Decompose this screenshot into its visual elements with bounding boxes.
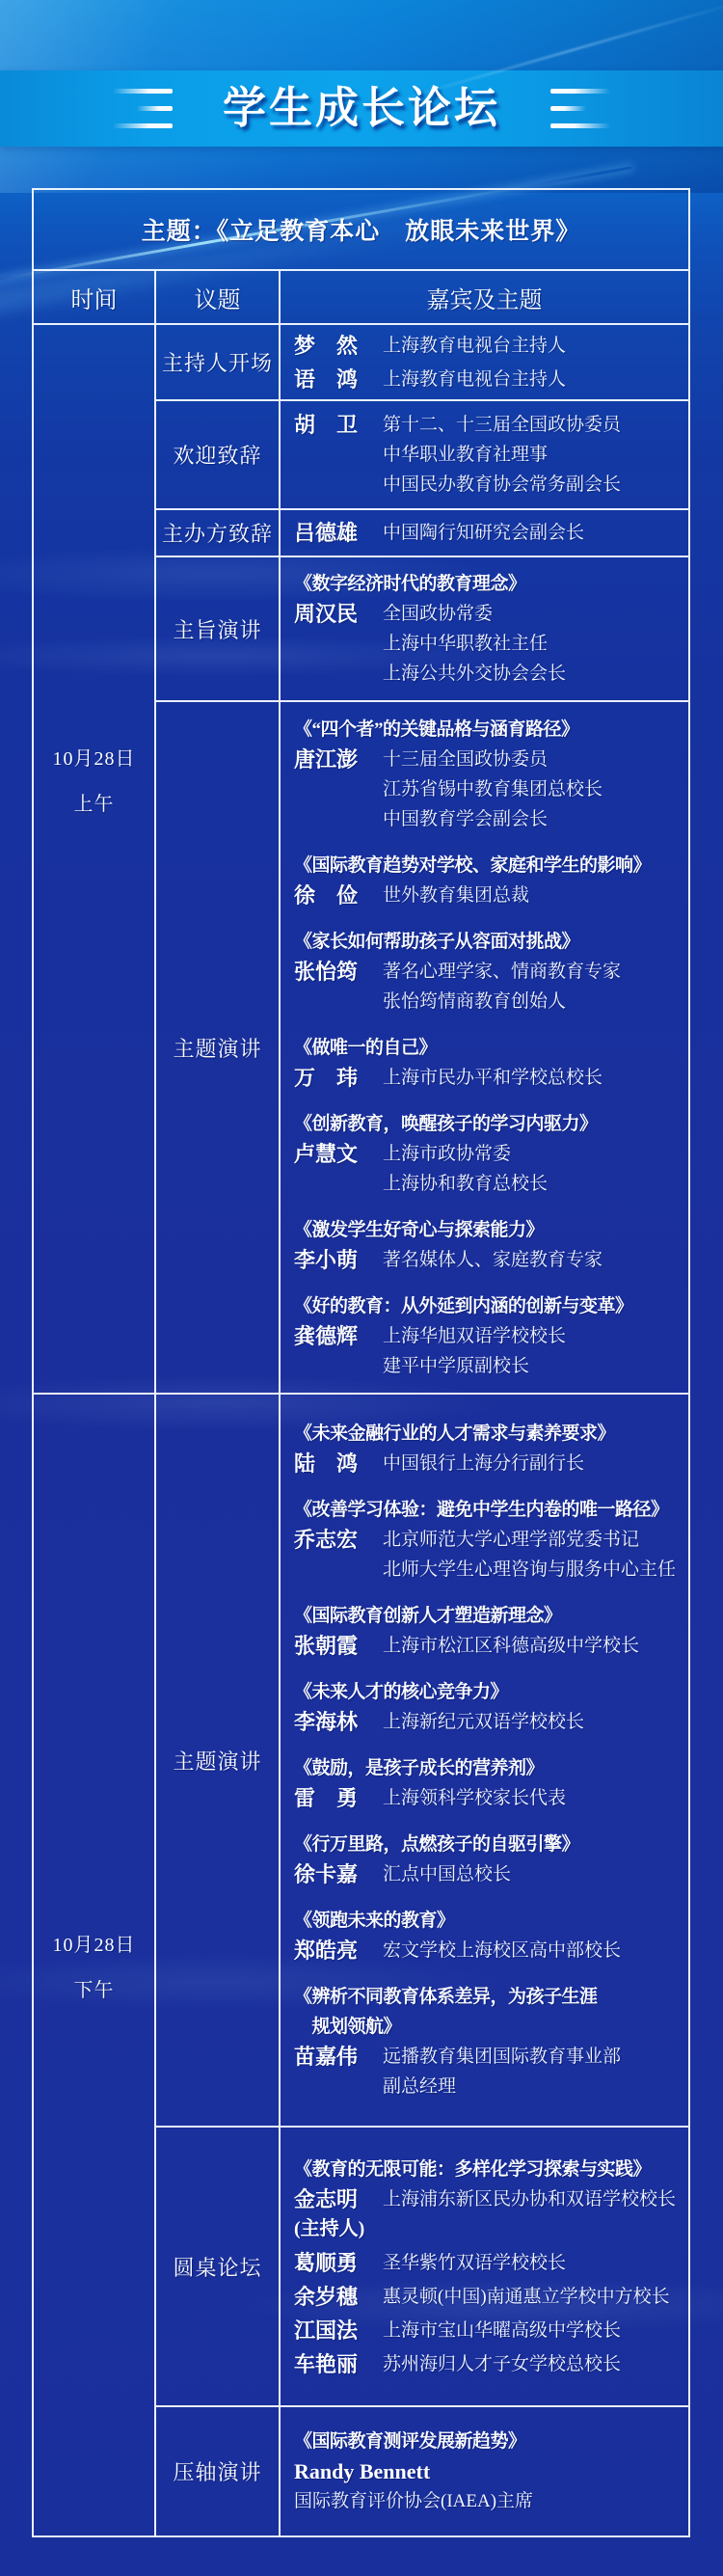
column-header-topic: 议题: [156, 271, 281, 323]
speech-entry: 吕德雄中国陶行知研究会副会长: [294, 518, 686, 548]
speech-entry: 《国际教育趋势对学校、家庭和学生的影响》徐 俭世外教育集团总裁: [294, 851, 686, 910]
session-date: 10月28日: [53, 743, 136, 771]
title-banner: 学生成长论坛: [0, 70, 723, 147]
guest-affiliation-line: 十三届全国政协委员: [383, 745, 686, 774]
guest-row: 李小萌著名媒体人、家庭教育专家: [294, 1245, 686, 1275]
guest-row: 金志明(主持人)上海浦东新区民办协和双语学校校长: [294, 2184, 686, 2244]
speech-title: 《未来金融行业的人才需求与素养要求》: [294, 1419, 686, 1449]
agenda-row: 欢迎致辞胡 卫第十二、十三届全国政协委员中华职业教育社理事中国民办教育协会常务副…: [156, 399, 688, 508]
topic-cell: 压轴演讲: [156, 2407, 281, 2535]
guest-affiliation-line: 北京师范大学心理学部党委书记: [383, 1525, 686, 1555]
agenda-row: 主题演讲《“四个者”的关键品格与涵育路径》唐江澎十三届全国政协委员江苏省锡中教育…: [156, 700, 688, 1393]
guest-cell: 胡 卫第十二、十三届全国政协委员中华职业教育社理事中国民办教育协会常务副会长: [281, 401, 688, 508]
guest-affiliations: 上海教育电视台主持人: [383, 365, 686, 394]
guest-row: 胡 卫第十二、十三届全国政协委员中华职业教育社理事中国民办教育协会常务副会长: [294, 410, 686, 500]
guest-row: 吕德雄中国陶行知研究会副会长: [294, 518, 686, 548]
agenda-row: 主题演讲《未来金融行业的人才需求与素养要求》陆 鸿中国银行上海分行副行长《改善学…: [156, 1395, 688, 2126]
guest-row: 卢慧文上海市政协常委上海协和教育总校长: [294, 1139, 686, 1199]
guest-name: 苗嘉伟: [294, 2042, 383, 2072]
session-period: 下午: [74, 1974, 115, 2002]
guest-row: 张朝霞上海市松江区科德高级中学校长: [294, 1631, 686, 1661]
session-afternoon: 10月28日下午主题演讲《未来金融行业的人才需求与素养要求》陆 鸿中国银行上海分…: [34, 1393, 688, 2535]
guest-affiliations: 十三届全国政协委员江苏省锡中教育集团总校长中国教育学会副会长: [383, 745, 686, 834]
guest-affiliations: 上海浦东新区民办协和双语学校校长: [383, 2184, 686, 2214]
session-period: 上午: [74, 788, 115, 816]
guest-affiliation-line: 上海教育电视台主持人: [383, 365, 686, 394]
guest-cell: 梦 然上海教育电视台主持人语 鸿上海教育电视台主持人: [281, 325, 688, 399]
guest-name: 陆 鸿: [294, 1449, 383, 1478]
guest-affiliations: 惠灵顿(中国)南通惠立学校中方校长: [383, 2282, 686, 2312]
agenda-row: 主持人开场梦 然上海教育电视台主持人语 鸿上海教育电视台主持人: [156, 325, 688, 399]
speech-entry: 《未来人才的核心竞争力》李海林上海新纪元双语学校校长: [294, 1677, 686, 1737]
guest-affiliations: 圣华紫竹双语学校校长: [383, 2248, 686, 2278]
guest-affiliation-line: 上海领科学校家长代表: [383, 1783, 686, 1813]
speech-entry: 《辨析不同教育体系差异，为孩子生涯 规划领航》苗嘉伟远播教育集团国际教育事业部副…: [294, 1982, 686, 2101]
column-header-time: 时间: [34, 271, 156, 323]
guest-affiliation-line: 远播教育集团国际教育事业部: [383, 2042, 686, 2072]
topic-cell: 圆桌论坛: [156, 2128, 281, 2405]
guest-row: 梦 然上海教育电视台主持人: [294, 331, 686, 361]
speech-title: 规划领航》: [294, 2012, 686, 2042]
speech-title: 《国际教育创新人才塑造新理念》: [294, 1601, 686, 1631]
guest-affiliations: 上海领科学校家长代表: [383, 1783, 686, 1813]
guest-affiliation-line: 中国陶行知研究会副会长: [383, 518, 686, 548]
guest-affiliation-line: 圣华紫竹双语学校校长: [383, 2248, 686, 2278]
speech-title: 《做唯一的自己》: [294, 1033, 686, 1063]
page-title: 学生成长论坛: [223, 87, 500, 130]
column-header-guests: 嘉宾及主题: [281, 271, 688, 323]
guest-name: 语 鸿: [294, 365, 383, 394]
guest-row: 苗嘉伟远播教育集团国际教育事业部副总经理: [294, 2042, 686, 2101]
speech-entry: 《领跑未来的教育》郑皓亮宏文学校上海校区高中部校长: [294, 1906, 686, 1966]
guest-affiliations: 上海教育电视台主持人: [383, 331, 686, 361]
guest-name: 梦 然: [294, 331, 383, 361]
guest-name: 卢慧文: [294, 1139, 383, 1169]
guest-affiliations: 著名媒体人、家庭教育专家: [383, 1245, 686, 1275]
guest-row: 江国法上海市宝山华曜高级中学校长: [294, 2316, 686, 2346]
guest-affiliations: 汇点中国总校长: [383, 1859, 686, 1889]
agenda-row: 圆桌论坛《教育的无限可能：多样化学习探索与实践》金志明(主持人)上海浦东新区民办…: [156, 2126, 688, 2405]
guest-affiliation-line: 上海市宝山华曜高级中学校长: [383, 2316, 686, 2346]
guest-cell: 吕德雄中国陶行知研究会副会长: [281, 510, 688, 556]
agenda-row: 主旨演讲《数字经济时代的教育理念》周汉民全国政协常委上海中华职教社主任上海公共外…: [156, 556, 688, 700]
guest-affiliation-line: 世外教育集团总裁: [383, 881, 686, 910]
speech-title: 《教育的无限可能：多样化学习探索与实践》: [294, 2155, 686, 2184]
guest-name: 车艳丽: [294, 2349, 383, 2379]
topic-cell: 主题演讲: [156, 702, 281, 1393]
triple-line-ornament-left-icon: [113, 89, 173, 128]
guest-name: 张朝霞: [294, 1631, 383, 1661]
speech-entry: 《数字经济时代的教育理念》周汉民全国政协常委上海中华职教社主任上海公共外交协会会…: [294, 569, 686, 689]
guest-affiliations: 上海市松江区科德高级中学校长: [383, 1631, 686, 1661]
speech-entry: 《创新教育，唤醒孩子的学习内驱力》卢慧文上海市政协常委上海协和教育总校长: [294, 1109, 686, 1199]
guest-affiliations: 宏文学校上海校区高中部校长: [383, 1936, 686, 1966]
guest-affiliations: 国际教育评价协会(IAEA)主席: [294, 2486, 686, 2516]
guest-affiliations: 远播教育集团国际教育事业部副总经理: [383, 2042, 686, 2101]
time-cell: 10月28日下午: [34, 1395, 156, 2535]
guest-name: 唐江澎: [294, 745, 383, 774]
guest-affiliation-line: 上海新纪元双语学校校长: [383, 1707, 686, 1737]
time-cell: 10月28日上午: [34, 325, 156, 1393]
guest-name: 葛顺勇: [294, 2248, 383, 2278]
speech-entry: 《“四个者”的关键品格与涵育路径》唐江澎十三届全国政协委员江苏省锡中教育集团总校…: [294, 715, 686, 834]
guest-affiliation-line: 上海市政协常委: [383, 1139, 686, 1169]
guest-affiliation-line: 第十二、十三届全国政协委员: [383, 410, 686, 440]
table-header-row: 时间 议题 嘉宾及主题: [34, 269, 688, 323]
guest-affiliation-line: 著名媒体人、家庭教育专家: [383, 1245, 686, 1275]
guest-affiliation-line: 上海市民办平和学校总校长: [383, 1063, 686, 1093]
topic-cell: 主持人开场: [156, 325, 281, 399]
speech-title: 《创新教育，唤醒孩子的学习内驱力》: [294, 1109, 686, 1139]
guest-affiliation-line: 全国政协常委: [383, 599, 686, 629]
guest-cell: 《教育的无限可能：多样化学习探索与实践》金志明(主持人)上海浦东新区民办协和双语…: [281, 2128, 688, 2405]
guest-name: 徐卡嘉: [294, 1859, 383, 1889]
guest-affiliations: 全国政协常委上海中华职教社主任上海公共外交协会会长: [383, 599, 686, 689]
guest-affiliations: 世外教育集团总裁: [383, 881, 686, 910]
guest-role-note: (主持人): [294, 2214, 383, 2244]
speech-title: 《数字经济时代的教育理念》: [294, 569, 686, 599]
guest-affiliations: 第十二、十三届全国政协委员中华职业教育社理事中国民办教育协会常务副会长: [383, 410, 686, 500]
guest-affiliation-line: 中国教育学会副会长: [383, 804, 686, 834]
guest-name: 李小萌: [294, 1245, 383, 1275]
guest-name: 郑皓亮: [294, 1936, 383, 1966]
agenda-table: 主题：《立足教育本心 放眼未来世界》 时间 议题 嘉宾及主题 10月28日上午主…: [32, 188, 690, 2537]
speech-title: 《好的教育：从外延到内涵的创新与变革》: [294, 1291, 686, 1321]
guest-affiliations: 上海市宝山华曜高级中学校长: [383, 2316, 686, 2346]
guest-row: 余岁穗惠灵顿(中国)南通惠立学校中方校长: [294, 2282, 686, 2312]
speech-entry: 《鼓励，是孩子成长的营养剂》雷 勇上海领科学校家长代表: [294, 1753, 686, 1813]
topic-cell: 主旨演讲: [156, 557, 281, 700]
guest-affiliation-line: 汇点中国总校长: [383, 1859, 686, 1889]
guest-affiliation-line: 张怡筠情商教育创始人: [383, 987, 686, 1017]
guest-affiliations: 上海市政协常委上海协和教育总校长: [383, 1139, 686, 1199]
guest-affiliations: 中国银行上海分行副行长: [383, 1449, 686, 1478]
guest-affiliations: 北京师范大学心理学部党委书记北师大学生心理咨询与服务中心主任: [383, 1525, 686, 1585]
guest-name: 周汉民: [294, 599, 383, 629]
speech-entry: 《做唯一的自己》万 玮上海市民办平和学校总校长: [294, 1033, 686, 1093]
guest-affiliation-line: 中国银行上海分行副行长: [383, 1449, 686, 1478]
guest-affiliation-line: 宏文学校上海校区高中部校长: [383, 1936, 686, 1966]
speech-title: 《辨析不同教育体系差异，为孩子生涯: [294, 1982, 686, 2012]
guest-affiliations: 中国陶行知研究会副会长: [383, 518, 686, 548]
guest-row: 唐江澎十三届全国政协委员江苏省锡中教育集团总校长中国教育学会副会长: [294, 745, 686, 834]
guest-row: 葛顺勇圣华紫竹双语学校校长: [294, 2248, 686, 2278]
guest-affiliation-line: 著名心理学家、情商教育专家: [383, 957, 686, 987]
guest-cell: 《数字经济时代的教育理念》周汉民全国政协常委上海中华职教社主任上海公共外交协会会…: [281, 557, 688, 700]
guest-affiliation-line: 苏州海归人才子女学校总校长: [383, 2349, 686, 2379]
guest-affiliation-line: 国际教育评价协会(IAEA)主席: [294, 2486, 686, 2516]
guest-row: 雷 勇上海领科学校家长代表: [294, 1783, 686, 1813]
speech-title: 《激发学生好奇心与探索能力》: [294, 1215, 686, 1245]
guest-row: 郑皓亮宏文学校上海校区高中部校长: [294, 1936, 686, 1966]
speech-entry: 《改善学习体验：避免中学生内卷的唯一路径》乔志宏北京师范大学心理学部党委书记北师…: [294, 1495, 686, 1585]
guest-affiliation-line: 惠灵顿(中国)南通惠立学校中方校长: [383, 2282, 686, 2312]
guest-affiliation-line: 上海浦东新区民办协和双语学校校长: [383, 2184, 686, 2214]
speech-entry: 《未来金融行业的人才需求与素养要求》陆 鸿中国银行上海分行副行长: [294, 1419, 686, 1478]
speech-title: 《国际教育趋势对学校、家庭和学生的影响》: [294, 851, 686, 881]
guest-affiliation-line: 北师大学生心理咨询与服务中心主任: [383, 1555, 686, 1585]
speech-entry: 《行万里路，点燃孩子的自驱引擎》徐卡嘉汇点中国总校长: [294, 1830, 686, 1889]
guest-affiliation-line: 上海教育电视台主持人: [383, 331, 686, 361]
speech-entry: 《教育的无限可能：多样化学习探索与实践》金志明(主持人)上海浦东新区民办协和双语…: [294, 2155, 686, 2379]
guest-name: 胡 卫: [294, 410, 383, 440]
speech-entry: 《好的教育：从外延到内涵的创新与变革》龚德辉上海华旭双语学校校长建平中学原副校长: [294, 1291, 686, 1381]
speech-entry: 胡 卫第十二、十三届全国政协委员中华职业教育社理事中国民办教育协会常务副会长: [294, 410, 686, 500]
speech-entry: 梦 然上海教育电视台主持人语 鸿上海教育电视台主持人: [294, 331, 686, 394]
guest-row: 万 玮上海市民办平和学校总校长: [294, 1063, 686, 1093]
session-rows: 主题演讲《未来金融行业的人才需求与素养要求》陆 鸿中国银行上海分行副行长《改善学…: [156, 1395, 688, 2535]
speech-title: 《未来人才的核心竞争力》: [294, 1677, 686, 1707]
guest-affiliation-line: 上海公共外交协会会长: [383, 659, 686, 689]
guest-cell: 《国际教育测评发展新趋势》Randy Bennett国际教育评价协会(IAEA)…: [281, 2407, 688, 2535]
guest-affiliation-line: 江苏省锡中教育集团总校长: [383, 774, 686, 804]
guest-name-text: 金志明: [294, 2187, 358, 2211]
guest-name: 余岁穗: [294, 2282, 383, 2312]
guest-affiliation-line: 上海协和教育总校长: [383, 1169, 686, 1199]
speech-entry: 《激发学生好奇心与探索能力》李小萌著名媒体人、家庭教育专家: [294, 1215, 686, 1275]
guest-name: 吕德雄: [294, 518, 383, 548]
guest-affiliation-line: 建平中学原副校长: [383, 1351, 686, 1381]
triple-line-ornament-right-icon: [550, 89, 610, 128]
session-morning: 10月28日上午主持人开场梦 然上海教育电视台主持人语 鸿上海教育电视台主持人欢…: [34, 323, 688, 1393]
guest-row: 语 鸿上海教育电视台主持人: [294, 365, 686, 394]
guest-row: 张怡筠著名心理学家、情商教育专家张怡筠情商教育创始人: [294, 957, 686, 1017]
guest-affiliation-line: 副总经理: [383, 2072, 686, 2101]
guest-row: 乔志宏北京师范大学心理学部党委书记北师大学生心理咨询与服务中心主任: [294, 1525, 686, 1585]
guest-name: 乔志宏: [294, 1525, 383, 1555]
guest-row: 李海林上海新纪元双语学校校长: [294, 1707, 686, 1737]
speech-title: 《国际教育测评发展新趋势》: [294, 2427, 686, 2456]
speech-title: 《家长如何帮助孩子从容面对挑战》: [294, 927, 686, 957]
guest-affiliations: 上海新纪元双语学校校长: [383, 1707, 686, 1737]
speech-title: 《领跑未来的教育》: [294, 1906, 686, 1936]
guest-affiliations: 上海市民办平和学校总校长: [383, 1063, 686, 1093]
guest-row: 徐卡嘉汇点中国总校长: [294, 1859, 686, 1889]
guest-name: 金志明(主持人): [294, 2184, 383, 2244]
topic-cell: 欢迎致辞: [156, 401, 281, 508]
guest-row: 陆 鸿中国银行上海分行副行长: [294, 1449, 686, 1478]
guest-row: 周汉民全国政协常委上海中华职教社主任上海公共外交协会会长: [294, 599, 686, 689]
guest-name: 龚德辉: [294, 1321, 383, 1351]
guest-cell: 《“四个者”的关键品格与涵育路径》唐江澎十三届全国政协委员江苏省锡中教育集团总校…: [281, 702, 688, 1393]
guest-row: Randy Bennett国际教育评价协会(IAEA)主席: [294, 2456, 686, 2516]
guest-row: 车艳丽苏州海归人才子女学校总校长: [294, 2349, 686, 2379]
sessions-container: 10月28日上午主持人开场梦 然上海教育电视台主持人语 鸿上海教育电视台主持人欢…: [34, 323, 688, 2535]
speech-entry: 《国际教育创新人才塑造新理念》张朝霞上海市松江区科德高级中学校长: [294, 1601, 686, 1661]
guest-name: 雷 勇: [294, 1783, 383, 1813]
forum-theme: 主题：《立足教育本心 放眼未来世界》: [34, 190, 688, 269]
guest-affiliation-line: 上海市松江区科德高级中学校长: [383, 1631, 686, 1661]
session-rows: 主持人开场梦 然上海教育电视台主持人语 鸿上海教育电视台主持人欢迎致辞胡 卫第十…: [156, 325, 688, 1393]
guest-affiliation-line: 上海中华职教社主任: [383, 629, 686, 659]
speech-title: 《改善学习体验：避免中学生内卷的唯一路径》: [294, 1495, 686, 1525]
guest-name: Randy Bennett: [294, 2459, 430, 2483]
guest-row: 龚德辉上海华旭双语学校校长建平中学原副校长: [294, 1321, 686, 1381]
agenda-row: 主办方致辞吕德雄中国陶行知研究会副会长: [156, 508, 688, 556]
speech-title: 《鼓励，是孩子成长的营养剂》: [294, 1753, 686, 1783]
guest-name: 李海林: [294, 1707, 383, 1737]
guest-cell: 《未来金融行业的人才需求与素养要求》陆 鸿中国银行上海分行副行长《改善学习体验：…: [281, 1395, 688, 2126]
speech-entry: 《国际教育测评发展新趋势》Randy Bennett国际教育评价协会(IAEA)…: [294, 2427, 686, 2516]
guest-row: 徐 俭世外教育集团总裁: [294, 881, 686, 910]
guest-name: 徐 俭: [294, 881, 383, 910]
guest-affiliations: 著名心理学家、情商教育专家张怡筠情商教育创始人: [383, 957, 686, 1017]
guest-name: 张怡筠: [294, 957, 383, 987]
speech-title: 《行万里路，点燃孩子的自驱引擎》: [294, 1830, 686, 1859]
guest-affiliations: 苏州海归人才子女学校总校长: [383, 2349, 686, 2379]
guest-affiliation-line: 中华职业教育社理事: [383, 440, 686, 470]
guest-affiliation-line: 中国民办教育协会常务副会长: [383, 470, 686, 500]
guest-affiliation-line: 上海华旭双语学校校长: [383, 1321, 686, 1351]
guest-name: 江国法: [294, 2316, 383, 2346]
topic-cell: 主办方致辞: [156, 510, 281, 556]
topic-cell: 主题演讲: [156, 1395, 281, 2126]
speech-entry: 《家长如何帮助孩子从容面对挑战》张怡筠著名心理学家、情商教育专家张怡筠情商教育创…: [294, 927, 686, 1017]
speech-title: 《“四个者”的关键品格与涵育路径》: [294, 715, 686, 745]
guest-affiliations: 上海华旭双语学校校长建平中学原副校长: [383, 1321, 686, 1381]
session-date: 10月28日: [53, 1929, 136, 1957]
agenda-row: 压轴演讲《国际教育测评发展新趋势》Randy Bennett国际教育评价协会(I…: [156, 2405, 688, 2535]
guest-name: 万 玮: [294, 1063, 383, 1093]
